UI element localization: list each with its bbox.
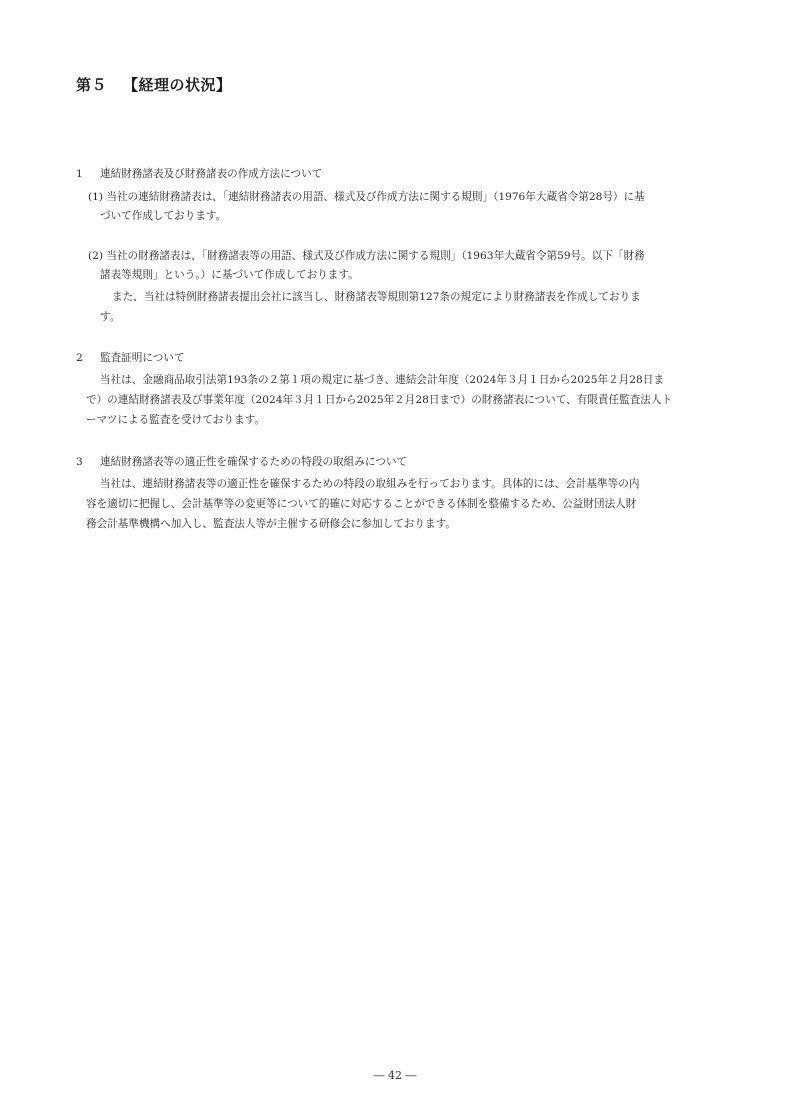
chapter-number: 第５ (76, 76, 107, 94)
paragraph-line: づいて作成しております。 (100, 209, 226, 223)
section-heading: 1連結財務諸表及び財務諸表の作成方法について (76, 167, 322, 181)
section-heading-text: 監査証明について (100, 352, 185, 364)
paragraph-line: で）の連結財務諸表及び事業年度（2024年３月１日から2025年２月28日まで）… (86, 393, 672, 407)
section-heading: 2監査証明について (76, 351, 185, 365)
section-number: 1 (76, 167, 100, 181)
section-heading-text: 連結財務諸表及び財務諸表の作成方法について (100, 168, 322, 180)
paragraph-line: (2) 当社の財務諸表は、「財務諸表等の用語、様式及び作成方法に関する規則」（1… (88, 249, 645, 263)
paragraph-line: 当社は、連結財務諸表等の適正性を確保するための特段の取組みを行っております。具体… (100, 477, 639, 491)
page-title: 第５【経理の状況】 (76, 74, 232, 95)
chapter-title: 【経理の状況】 (123, 76, 232, 94)
paragraph-line: 当社は、金融商品取引法第193条の２第１項の規定に基づき、連結会計年度（2024… (100, 373, 664, 387)
section-heading-text: 連結財務諸表等の適正性を確保するための特段の取組みについて (100, 456, 407, 468)
paragraph-line: 諸表等規則」という。）に基づいて作成しております。 (100, 268, 359, 282)
section-number: 3 (76, 455, 100, 469)
paragraph-line: 容を適切に把握し、会計基準等の変更等について的確に対応することができる体制を整備… (86, 497, 636, 511)
paragraph-line: す。 (100, 310, 120, 324)
paragraph-line: (1) 当社の連結財務諸表は、「連結財務諸表の用語、様式及び作成方法に関する規則… (88, 190, 645, 204)
section-heading: 3連結財務諸表等の適正性を確保するための特段の取組みについて (76, 455, 407, 469)
page-number: ― 42 ― (0, 1069, 790, 1082)
section-number: 2 (76, 351, 100, 365)
paragraph-line: 務会計基準機構へ加入し、監査法人等が主催する研修会に参加しております。 (86, 517, 456, 531)
paragraph-line: ーマツによる監査を受けております。 (86, 413, 265, 427)
paragraph-line: また、当社は特例財務諸表提出会社に該当し、財務諸表等規則第127条の規定により財… (112, 290, 641, 304)
